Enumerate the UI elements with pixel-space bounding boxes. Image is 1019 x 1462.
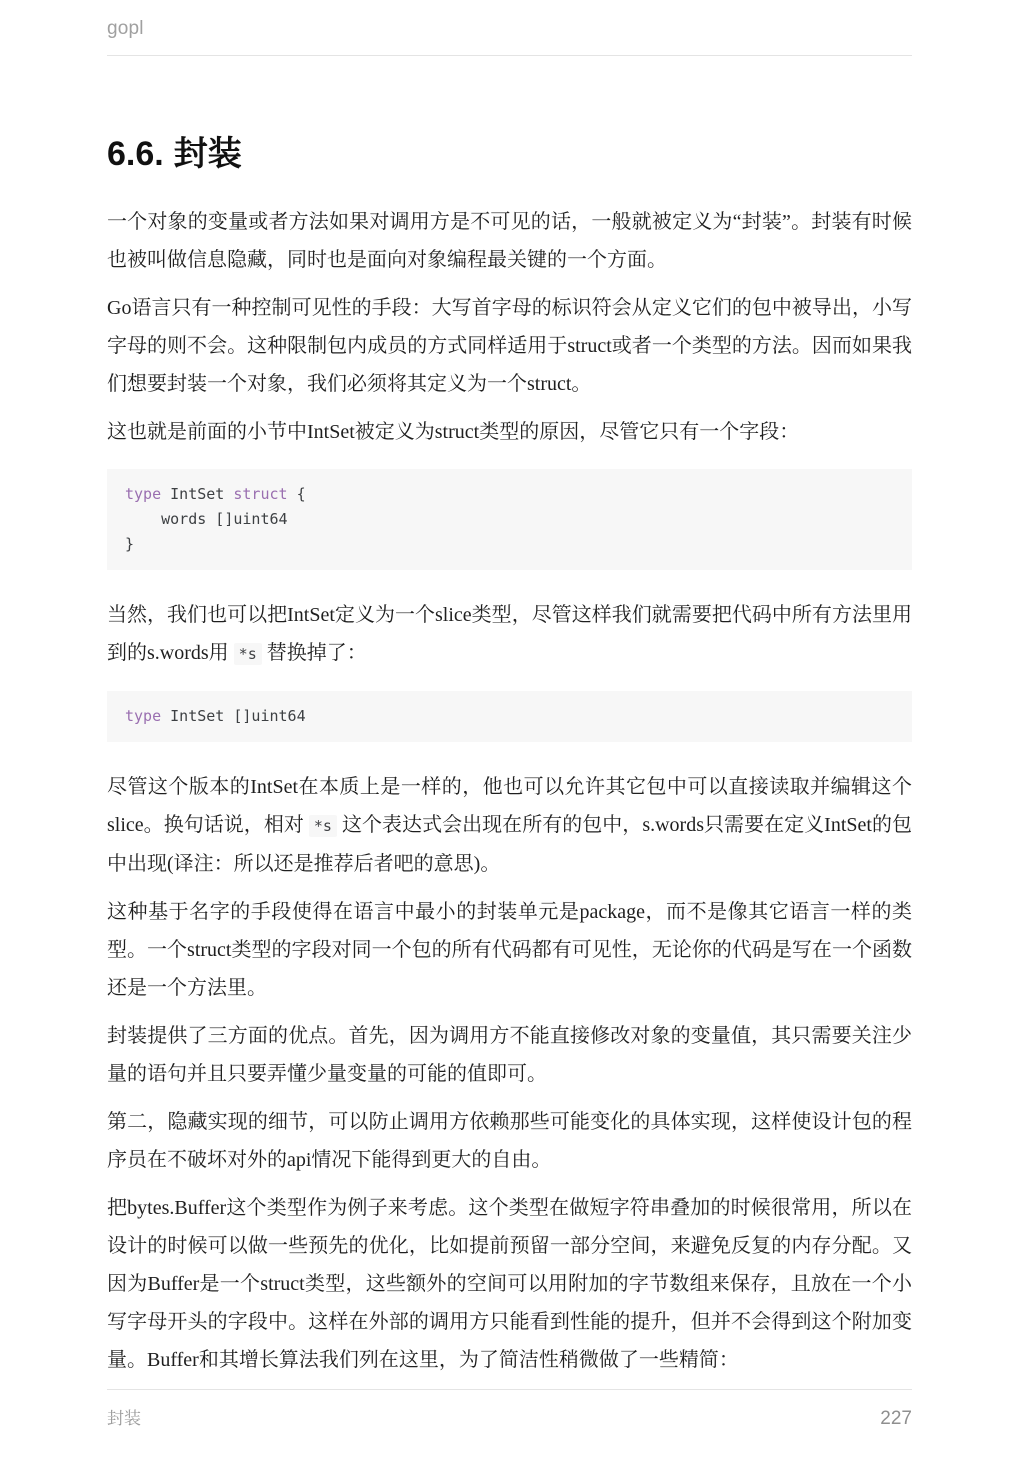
code-token: words []uint64 <box>125 510 288 528</box>
paragraph: 这种基于名字的手段使得在语言中最小的封装单元是package，而不是像其它语言一… <box>107 893 912 1007</box>
site-title: gopl <box>107 18 144 39</box>
inline-code: *s <box>234 643 262 665</box>
text-run: 一个对象的变量或者方法如果对调用方是不可见的话，一般就被定义为“封装”。封装有时… <box>107 211 912 271</box>
section-title: 封装 <box>174 136 242 173</box>
paragraph: 这也就是前面的小节中IntSet被定义为struct类型的原因，尽管它只有一个字… <box>107 413 912 451</box>
text-run: 第二，隐藏实现的细节，可以防止调用方依赖那些可能变化的具体实现，这样使设计包的程… <box>107 1111 912 1171</box>
code-token-keyword: struct <box>233 485 287 503</box>
inline-code: *s <box>309 815 337 837</box>
code-token: { <box>288 485 306 503</box>
text-run: 这也就是前面的小节中IntSet被定义为struct类型的原因，尽管它只有一个字… <box>107 421 799 443</box>
code-token-keyword: type <box>125 485 161 503</box>
text-run: 这种基于名字的手段使得在语言中最小的封装单元是package，而不是像其它语言一… <box>107 901 912 999</box>
footer-section-title: 封装 <box>107 1404 141 1429</box>
page-header: gopl <box>107 0 912 56</box>
page-footer: 封装 227 <box>107 1389 912 1462</box>
section-number: 6.6. <box>107 135 164 173</box>
paragraph: 第二，隐藏实现的细节，可以防止调用方依赖那些可能变化的具体实现，这样使设计包的程… <box>107 1103 912 1179</box>
paragraph: Go语言只有一种控制可见性的手段：大写首字母的标识符会从定义它们的包中被导出，小… <box>107 289 912 403</box>
document-page: gopl 6.6.封装 一个对象的变量或者方法如果对调用方是不可见的话，一般就被… <box>0 0 1019 1440</box>
paragraph: 封装提供了三方面的优点。首先，因为调用方不能直接修改对象的变量值，其只需要关注少… <box>107 1017 912 1093</box>
paragraph: 一个对象的变量或者方法如果对调用方是不可见的话，一般就被定义为“封装”。封装有时… <box>107 203 912 279</box>
code-block: type IntSet struct { words []uint64 } <box>107 469 912 570</box>
code-token: IntSet []uint64 <box>161 707 306 725</box>
code-token-keyword: type <box>125 707 161 725</box>
footer-page-number: 227 <box>880 1408 912 1430</box>
content: 6.6.封装 一个对象的变量或者方法如果对调用方是不可见的话，一般就被定义为“封… <box>107 56 912 1389</box>
text-run: 封装提供了三方面的优点。首先，因为调用方不能直接修改对象的变量值，其只需要关注少… <box>107 1025 912 1085</box>
text-run: 替换掉了： <box>262 642 367 664</box>
code-block: type IntSet []uint64 <box>107 691 912 742</box>
text-run: 当然，我们也可以把IntSet定义为一个slice类型，尽管这样我们就需要把代码… <box>107 604 912 664</box>
code-token: IntSet <box>161 485 233 503</box>
paragraph: 把bytes.Buffer这个类型作为例子来考虑。这个类型在做短字符串叠加的时候… <box>107 1189 912 1379</box>
text-run: 把bytes.Buffer这个类型作为例子来考虑。这个类型在做短字符串叠加的时候… <box>107 1197 912 1371</box>
section-heading: 6.6.封装 <box>107 132 912 177</box>
text-run: Go语言只有一种控制可见性的手段：大写首字母的标识符会从定义它们的包中被导出，小… <box>107 297 912 395</box>
paragraph: 当然，我们也可以把IntSet定义为一个slice类型，尽管这样我们就需要把代码… <box>107 596 912 673</box>
paragraph: 尽管这个版本的IntSet在本质上是一样的，他也可以允许其它包中可以直接读取并编… <box>107 768 912 883</box>
code-token: } <box>125 535 134 553</box>
